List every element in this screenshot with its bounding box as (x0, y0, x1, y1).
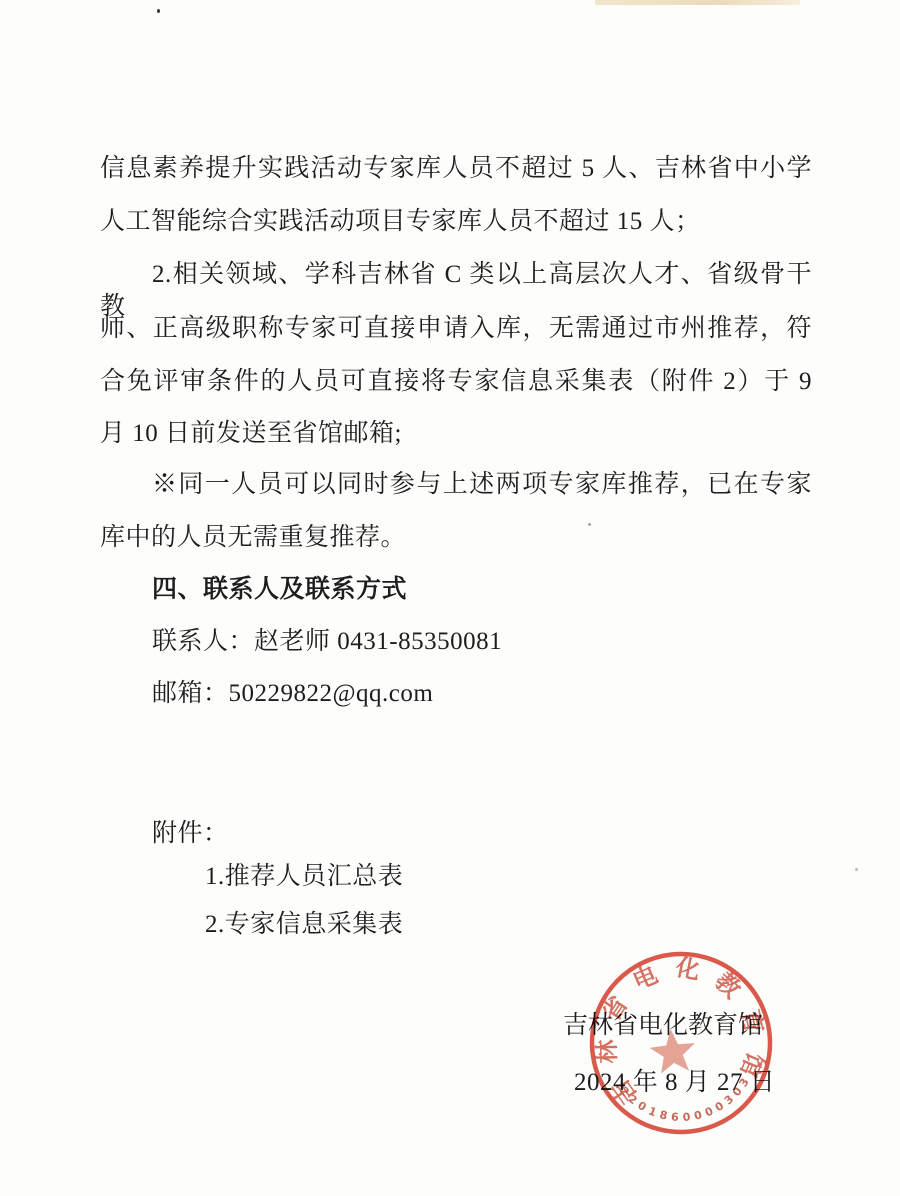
body-line: 库中的人员无需重复推荐。 (100, 522, 812, 554)
scanned-letter-page: 信息素养提升实践活动专家库人员不超过 5 人、吉林省中小学 人工智能综合实践活动… (0, 0, 900, 1196)
body-line: 师、正高级职称专家可直接申请入库，无需通过市州推荐，符 (100, 313, 812, 345)
scan-edge-artifact (595, 0, 800, 5)
body-line: 合免评审条件的人员可直接将专家信息采集表（附件 2）于 9 (100, 366, 812, 398)
attachment-item: 1.推荐人员汇总表 (100, 861, 812, 893)
contact-line: 联系人：赵老师 0431-85350081 (100, 626, 812, 658)
seal-star-icon (648, 1027, 698, 1075)
scan-speck (157, 9, 160, 13)
body-line: ※同一人员可以同时参与上述两项专家库推荐，已在专家 (100, 469, 812, 501)
body-line: 信息素养提升实践活动专家库人员不超过 5 人、吉林省中小学 (100, 153, 812, 185)
body-line: 人工智能综合实践活动项目专家库人员不超过 15 人； (100, 206, 812, 238)
section-heading: 四、联系人及联系方式 (100, 574, 812, 606)
official-seal: 吉林省电化教育馆 2201860000303 (571, 933, 791, 1153)
attachment-item: 2.专家信息采集表 (100, 909, 812, 941)
attachments-label: 附件： (100, 818, 812, 850)
email-line: 邮箱：50229822@qq.com (100, 678, 812, 710)
scan-speck (855, 868, 858, 871)
body-line: 月 10 日前发送至省馆邮箱; (100, 418, 812, 450)
